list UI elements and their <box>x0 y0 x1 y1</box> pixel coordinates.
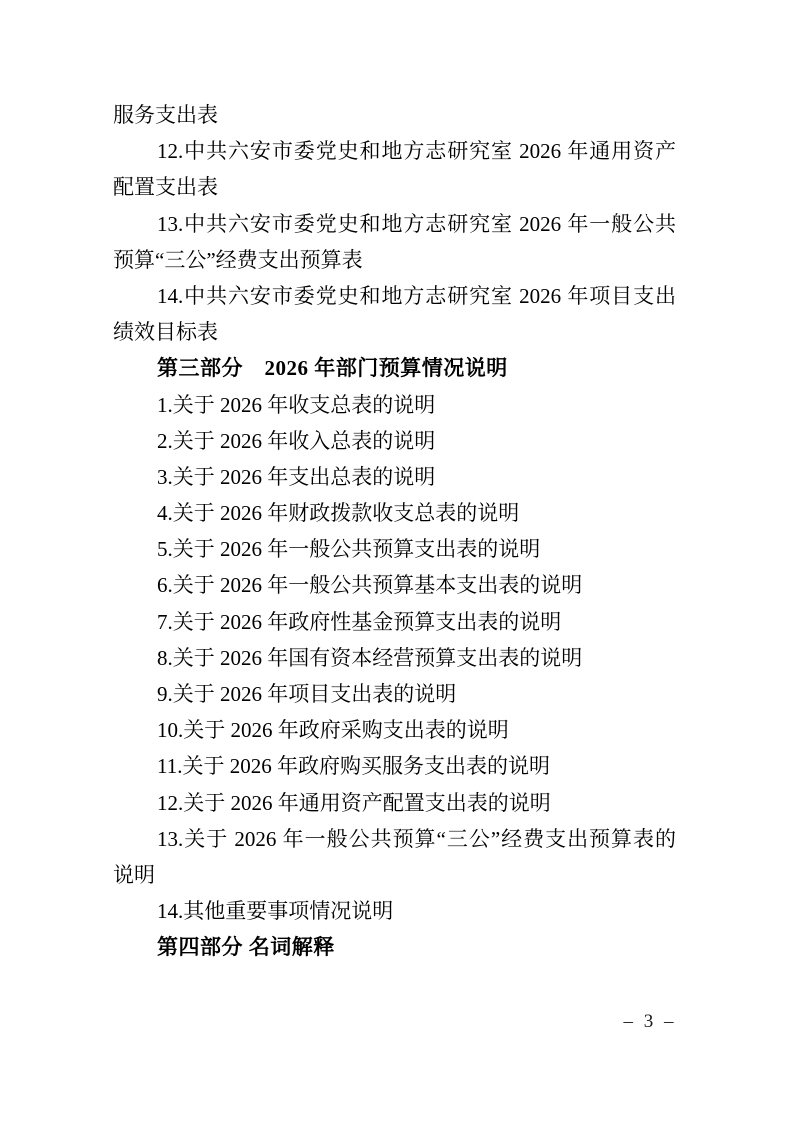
document-page: 服务支出表12.中共六安市委党史和地方志研究室 2026 年通用资产配置支出表1… <box>0 0 793 1122</box>
text-line: 14.其他重要事项情况说明 <box>113 893 676 929</box>
text-line: 12.中共六安市委党史和地方志研究室 2026 年通用资产 <box>113 133 676 169</box>
text-line: 14.中共六安市委党史和地方志研究室 2026 年项目支出 <box>113 278 676 314</box>
text-line: 4.关于 2026 年财政拨款收支总表的说明 <box>113 495 676 531</box>
text-line: 5.关于 2026 年一般公共预算支出表的说明 <box>113 531 676 567</box>
text-line: 1.关于 2026 年收支总表的说明 <box>113 387 676 423</box>
text-line: 13.中共六安市委党史和地方志研究室 2026 年一般公共 <box>113 206 676 242</box>
text-line: 8.关于 2026 年国有资本经营预算支出表的说明 <box>113 640 676 676</box>
text-line: 3.关于 2026 年支出总表的说明 <box>113 459 676 495</box>
text-line: 10.关于 2026 年政府采购支出表的说明 <box>113 712 676 748</box>
text-line: 绩效目标表 <box>113 314 676 350</box>
document-body: 服务支出表12.中共六安市委党史和地方志研究室 2026 年通用资产配置支出表1… <box>113 97 676 966</box>
section-heading: 第三部分 2026 年部门预算情况说明 <box>113 350 676 386</box>
text-line: 服务支出表 <box>113 97 676 133</box>
text-line: 说明 <box>113 857 676 893</box>
text-line: 7.关于 2026 年政府性基金预算支出表的说明 <box>113 604 676 640</box>
text-line: 11.关于 2026 年政府购买服务支出表的说明 <box>113 748 676 784</box>
text-line: 6.关于 2026 年一般公共预算基本支出表的说明 <box>113 567 676 603</box>
text-line: 9.关于 2026 年项目支出表的说明 <box>113 676 676 712</box>
section-heading: 第四部分 名词解释 <box>113 929 676 965</box>
text-line: 预算“三公”经费支出预算表 <box>113 242 676 278</box>
text-line: 13.关于 2026 年一般公共预算“三公”经费支出预算表的 <box>113 821 676 857</box>
text-line: 2.关于 2026 年收入总表的说明 <box>113 423 676 459</box>
page-number: – 3 – <box>590 1010 710 1034</box>
text-line: 12.关于 2026 年通用资产配置支出表的说明 <box>113 785 676 821</box>
text-line: 配置支出表 <box>113 169 676 205</box>
